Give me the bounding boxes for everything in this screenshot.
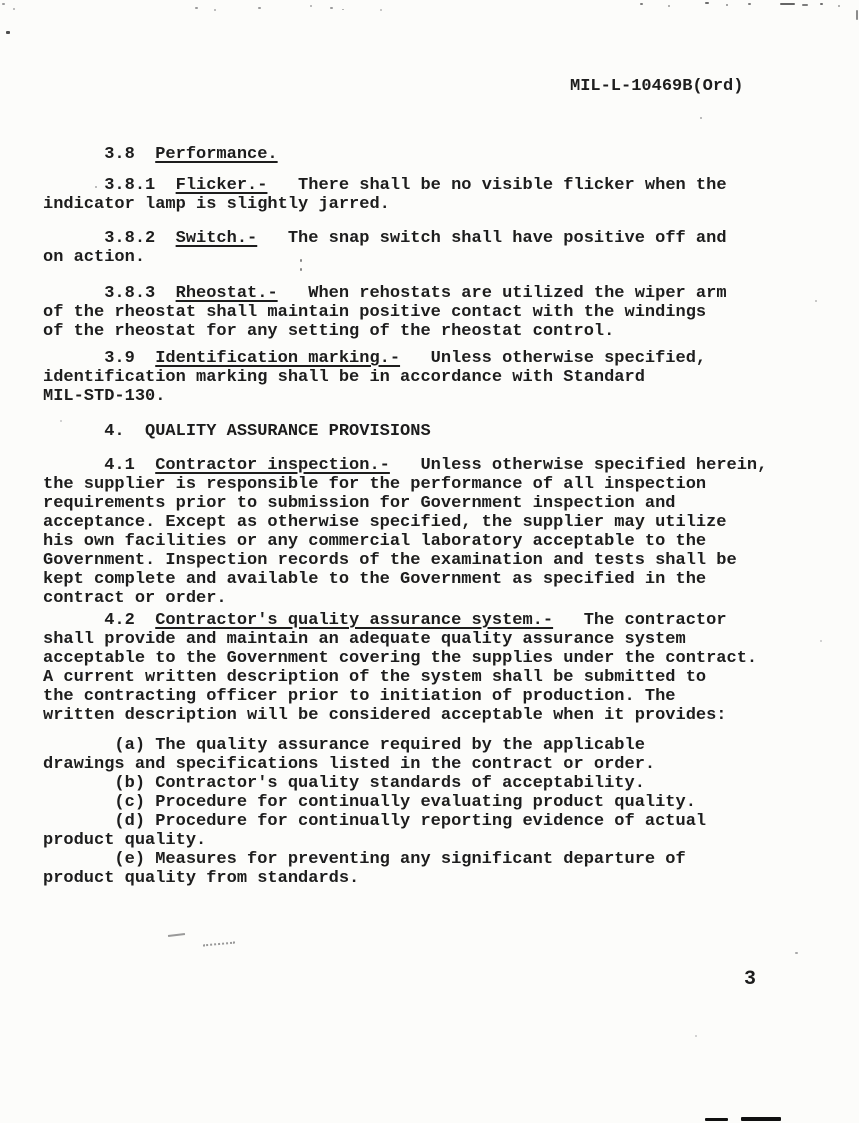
ink-speck xyxy=(726,4,728,6)
list-item-line: (c) Procedure for continually evaluating… xyxy=(43,793,706,812)
ink-speck xyxy=(795,952,798,954)
body-line: A current written description of the sys… xyxy=(43,668,757,687)
document-page: MIL-L-10469B(Ord) 3.8 Performance. 3.8.1… xyxy=(0,0,859,1123)
section-heading: 3.8 Performance. xyxy=(43,145,278,164)
ink-speck xyxy=(640,3,643,5)
body-line: indicator lamp is slightly jarred. xyxy=(43,195,727,214)
section-title: Contractor inspection.- xyxy=(155,456,390,475)
ink-speck xyxy=(95,186,97,188)
section-text: There shall be no visible flicker when t… xyxy=(267,176,726,195)
section-text: Unless otherwise specified herein, xyxy=(390,456,767,475)
section-text: When rehostats are utilized the wiper ar… xyxy=(278,284,727,303)
ink-speck xyxy=(820,640,822,642)
body-line: of the rheostat shall maintain positive … xyxy=(43,303,727,322)
section-heading: 4.2 Contractor's quality assurance syste… xyxy=(43,611,757,630)
ink-speck xyxy=(330,7,333,9)
section-heading: 4. QUALITY ASSURANCE PROVISIONS xyxy=(43,422,431,441)
ink-speck xyxy=(310,5,312,7)
body-line: written description will be considered a… xyxy=(43,706,757,725)
list-a-to-e: (a) The quality assurance required by th… xyxy=(43,736,706,888)
section-heading: 3.9 Identification marking.- Unless othe… xyxy=(43,349,706,368)
body-line: kept complete and available to the Gover… xyxy=(43,570,767,589)
section-number: 4.2 xyxy=(43,611,155,630)
ink-speck xyxy=(856,10,858,20)
ink-speck xyxy=(195,7,198,9)
ink-speck xyxy=(13,8,15,10)
section-3-8-2: 3.8.2 Switch.- The snap switch shall hav… xyxy=(43,229,727,267)
ink-speck xyxy=(705,2,709,4)
ink-speck xyxy=(380,9,382,11)
section-4-1: 4.1 Contractor inspection.- Unless other… xyxy=(43,456,767,608)
ink-speck xyxy=(60,420,62,422)
ink-speck xyxy=(700,117,702,119)
ink-speck xyxy=(820,3,823,5)
list-item-line: (b) Contractor's quality standards of ac… xyxy=(43,774,706,793)
section-heading: 3.8.3 Rheostat.- When rehostats are util… xyxy=(43,284,727,303)
section-number: 3.8.1 xyxy=(43,176,176,195)
document-id: MIL-L-10469B(Ord) xyxy=(570,77,743,96)
section-heading: 3.8.2 Switch.- The snap switch shall hav… xyxy=(43,229,727,248)
body-line: acceptable to the Government covering th… xyxy=(43,649,757,668)
section-3-9: 3.9 Identification marking.- Unless othe… xyxy=(43,349,706,406)
list-item-line: product quality from standards. xyxy=(43,869,706,888)
section-text: Unless otherwise specified, xyxy=(400,349,706,368)
ink-speck xyxy=(214,9,216,11)
pencil-dots xyxy=(203,940,235,947)
body-line: identification marking shall be in accor… xyxy=(43,368,706,387)
section-3-8: 3.8 Performance. xyxy=(43,145,278,164)
body-line: his own facilities or any commercial lab… xyxy=(43,532,767,551)
ink-speck xyxy=(802,4,808,6)
ink-speck xyxy=(6,31,10,34)
section-title: Performance. xyxy=(155,145,277,164)
ink-speck xyxy=(780,3,795,5)
section-3-8-3: 3.8.3 Rheostat.- When rehostats are util… xyxy=(43,284,727,341)
body-line: MIL-STD-130. xyxy=(43,387,706,406)
section-number: 3.8.2 xyxy=(43,229,176,248)
section-number: 4.1 xyxy=(43,456,155,475)
list-item-line: (d) Procedure for continually reporting … xyxy=(43,812,706,831)
section-text: The contractor xyxy=(553,611,726,630)
section-heading: 3.8.1 Flicker.- There shall be no visibl… xyxy=(43,176,727,195)
section-text: The snap switch shall have positive off … xyxy=(257,229,726,248)
body-line: contract or order. xyxy=(43,589,767,608)
bottom-mark-short xyxy=(705,1118,728,1121)
ink-speck xyxy=(838,5,840,7)
ink-speck xyxy=(748,3,751,5)
page-number: 3 xyxy=(744,970,756,990)
section-title: Identification marking.- xyxy=(155,349,400,368)
ink-speck xyxy=(300,268,302,271)
body-line: the contracting officer prior to initiat… xyxy=(43,687,757,706)
body-line: Government. Inspection records of the ex… xyxy=(43,551,767,570)
ink-speck xyxy=(815,300,817,302)
section-title: Rheostat.- xyxy=(176,284,278,303)
section-title: Contractor's quality assurance system.- xyxy=(155,611,553,630)
section-number: 4. QUALITY ASSURANCE PROVISIONS xyxy=(43,422,431,441)
body-line: on action. xyxy=(43,248,727,267)
section-title: Flicker.- xyxy=(176,176,268,195)
section-number: 3.9 xyxy=(43,349,155,368)
section-title: Switch.- xyxy=(176,229,258,248)
ink-speck xyxy=(258,7,261,9)
ink-speck xyxy=(695,1035,697,1037)
pencil-dash xyxy=(168,933,185,937)
ink-speck xyxy=(2,3,5,5)
list-item-line: (a) The quality assurance required by th… xyxy=(43,736,706,755)
section-number: 3.8 xyxy=(43,145,155,164)
body-line: shall provide and maintain an adequate q… xyxy=(43,630,757,649)
body-line: of the rheostat for any setting of the r… xyxy=(43,322,727,341)
body-line: acceptance. Except as otherwise specifie… xyxy=(43,513,767,532)
section-heading: 4.1 Contractor inspection.- Unless other… xyxy=(43,456,767,475)
body-line: requirements prior to submission for Gov… xyxy=(43,494,767,513)
section-4: 4. QUALITY ASSURANCE PROVISIONS xyxy=(43,422,431,441)
section-4-2: 4.2 Contractor's quality assurance syste… xyxy=(43,611,757,725)
list-item-line: drawings and specifications listed in th… xyxy=(43,755,706,774)
ink-speck xyxy=(342,9,344,10)
ink-speck xyxy=(668,5,670,7)
bottom-mark-long xyxy=(741,1117,781,1121)
section-number: 3.8.3 xyxy=(43,284,176,303)
section-3-8-1: 3.8.1 Flicker.- There shall be no visibl… xyxy=(43,176,727,214)
body-line: the supplier is responsible for the perf… xyxy=(43,475,767,494)
ink-speck xyxy=(300,259,302,262)
list-item-line: product quality. xyxy=(43,831,706,850)
list-item-line: (e) Measures for preventing any signific… xyxy=(43,850,706,869)
